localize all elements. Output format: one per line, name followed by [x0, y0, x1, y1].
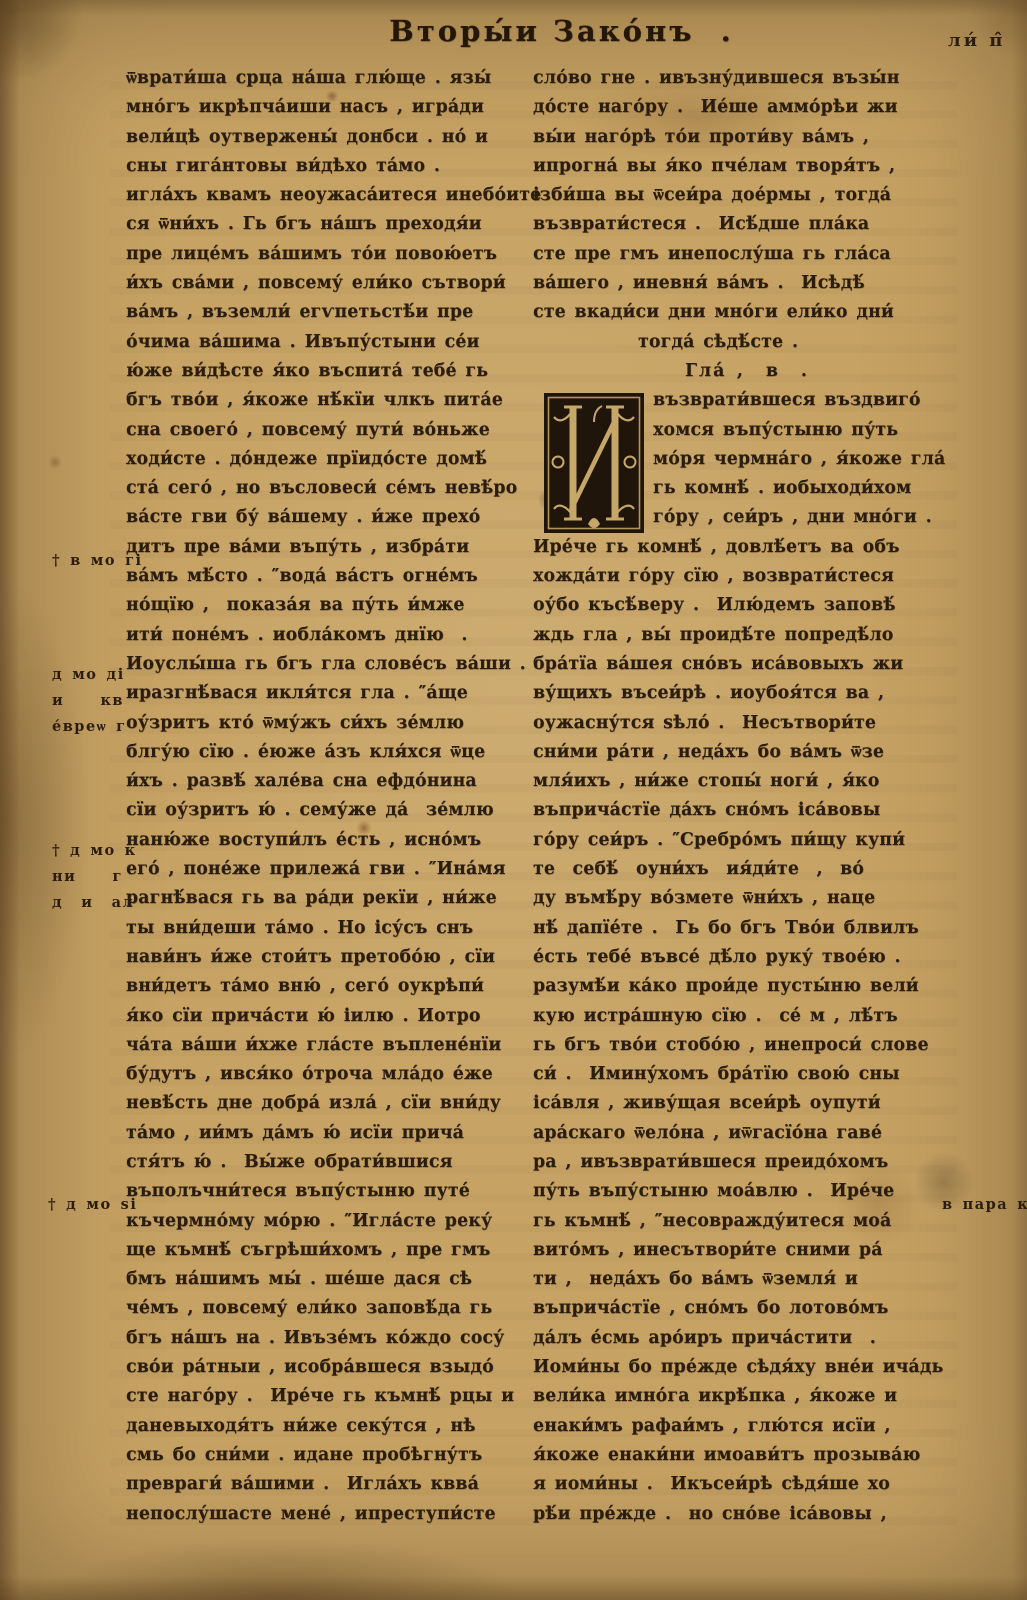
text-line: оужасну́тся ѕѣло́ . Несътвори́те	[533, 709, 941, 738]
text-line: іса́вля , живу́щая всеи́рѣ оупути́	[533, 1089, 941, 1118]
margin-note-line: † д мо к	[52, 838, 137, 864]
text-line: гь къмнѣ́ , ″несовражду́итеся моа́	[533, 1207, 941, 1236]
text-line: пре лице́мъ ва́шимъ то́и повою́етъ	[126, 240, 524, 269]
right-column-top: сло́во гне . ивъзну́дившеся възы́ндо́сте…	[533, 64, 941, 328]
text-line: ара́скаго ѿело́на , иѿгасїо́на гаве́	[533, 1119, 941, 1148]
text-line: невѣ́сть дне добра́ изла́ , сїи вни́ду	[126, 1089, 524, 1118]
text-line: нѣ́ дапїе́те . Гь бо бгъ Тво́и блвилъ	[533, 914, 941, 943]
text-line: оу́зритъ кто́ ѿму́жъ си́хъ зе́млю	[126, 709, 524, 738]
text-line: мно́гъ икрѣпча́иши насъ , игра́ди	[126, 93, 524, 122]
text-line: оу́бо късѣ́веру . Илю́демъ заповѣ́	[533, 591, 941, 620]
text-line: сны гига́нтовы ви́дѣхо та́мо .	[126, 152, 524, 181]
text-line: гь бгъ тво́и стобо́ю , инепроси́ слове	[533, 1031, 941, 1060]
text-line: ра , ивъзврати́вшеся преидо́хомъ	[533, 1148, 941, 1177]
text-line: е́сть тебе́ въвсе́ дѣ́ло руку́ твое́ю .	[533, 943, 941, 972]
margin-note-line: д и ал	[52, 890, 137, 916]
text-line: блгу́ю сїю . е́юже а́зъ кля́хся ѿце	[126, 738, 524, 767]
text-line: мля́ихъ , ни́же стопы́ ноги́ , я́ко	[533, 767, 941, 796]
text-line: нави́нъ и́же стои́тъ претобо́ю , сїи	[126, 943, 524, 972]
text-line: ти , неда́хъ бо ва́мъ ѿземля́ и	[533, 1265, 941, 1294]
text-line: ждь гла , вы́ проидѣ́те попредѣ́ло	[533, 621, 941, 650]
text-line: ва́сте гви бу́ ва́шему . и́же прехо́	[126, 503, 524, 532]
text-line: и́хъ . развѣ́ хале́ва сна ефдо́нина	[126, 767, 524, 796]
folio-number: ли́ п̂	[948, 30, 1005, 51]
text-line: го́ру сеи́ръ . ″Сребро́мъ пи́щу купи́	[533, 826, 941, 855]
text-line: сло́во гне . ивъзну́дившеся възы́н	[533, 64, 941, 93]
text-line: рагнѣ́вася гь ва ра́ди рекїи , ни́же	[126, 884, 524, 913]
text-line: те себѣ́ оуни́хъ ия́ди́те , во́	[533, 855, 941, 884]
text-line: хожда́ти го́ру сїю , возврати́стеся	[533, 562, 941, 591]
text-line: вели́цѣ оутвержены́ донбси . но́ и	[126, 123, 524, 152]
text-line: даневыходя́тъ ни́же секу́тся , нѣ	[126, 1412, 524, 1441]
text-line: ву́щихъ въсеи́рѣ . иоубоя́тся ва ,	[533, 679, 941, 708]
text-line: бгъ на́шъ на . Ивъзе́мъ ко́ждо сосу́	[126, 1324, 524, 1353]
text-line: ся ѿни́хъ . Гь бгъ на́шъ преходя́и	[126, 210, 524, 239]
text-line: да́лъ е́смь аро́иръ прича́стити .	[533, 1324, 941, 1353]
text-line: ва́шего , иневня́ ва́мъ . Исѣдѣ́	[533, 269, 941, 298]
text-line: Иоми́ны бо пре́жде сѣдя́ху вне́и ича́дь	[533, 1353, 941, 1382]
margin-note-line: † в мо гі	[52, 548, 142, 574]
text-line: енаки́мъ рафаи́мъ , глю́тся исїи ,	[533, 1412, 941, 1441]
text-line: наню́же воступи́лъ е́сть , исно́мъ	[126, 826, 524, 855]
text-line: ю́же ви́дѣсте я́ко въспита́ тебе́ гь	[126, 357, 524, 386]
text-line: вни́детъ та́мо вню́ , сего́ оукрѣпи́	[126, 972, 524, 1001]
text-line: и́хъ сва́ми , повсему́ ели́ко сътвори́	[126, 269, 524, 298]
book-page: Вторы́и Зако́нъ . ли́ п̂ ѿврати́ша срца …	[0, 0, 1027, 1600]
text-line: бра́тїа ва́шея сно́въ иса́вовыхъ жи	[533, 650, 941, 679]
text-line: бгъ тво́и , я́коже нѣ́кїи члкъ пита́е	[126, 386, 524, 415]
margin-note-line: д мо ді	[52, 662, 127, 688]
text-line: въприча́стїе да́хъ сно́мъ іса́вовы	[533, 796, 941, 825]
text-line: ва́мъ , въземли́ егѵпетьстѣ́и пре	[126, 298, 524, 327]
text-line: вели́ка имно́га икрѣ́пка , я́коже и	[533, 1382, 941, 1411]
text-line: ча́та ва́ши и́хже гла́сте въплене́нїи	[126, 1031, 524, 1060]
text-line: о́чима ва́шима . Ивъпу́стыни се́и	[126, 328, 524, 357]
text-line: дитъ пре ва́ми въпу́ть , избра́ти	[126, 533, 524, 562]
left-text-column: ѿврати́ша срца на́ша глю́ще . язы́мно́гъ…	[126, 64, 524, 1529]
text-line: разумѣ́и ка́ко прои́де пусты́ню вели́	[533, 972, 941, 1001]
ornate-initial-woodcut: И	[543, 392, 645, 534]
text-line: си́ . Имину́хомъ бра́тїю свою́ сны	[533, 1060, 941, 1089]
text-line: я иоми́ны . Икъсеи́рѣ сѣдя́ше хо	[533, 1470, 941, 1499]
text-line: я́ко сїи прича́сти ю́ іилю . Иотро	[126, 1002, 524, 1031]
text-line: но́щїю , показа́я ва пу́ть и́мже	[126, 591, 524, 620]
text-line: я́коже енаки́ни имоави́тъ прозыва́ю	[533, 1441, 941, 1470]
text-line: иразгнѣ́вася икля́тся гла . ″а́ще	[126, 679, 524, 708]
text-line: рѣ́и пре́жде . но сно́ве іса́вовы ,	[533, 1500, 941, 1529]
chapter-heading: Гла́ , в .	[533, 357, 941, 386]
text-line: ста́ сего́ , но въсловеси́ се́мъ невѣ́ро	[126, 474, 524, 503]
text-line: ду въмѣ́ру во́змете ѿни́хъ , наце	[533, 884, 941, 913]
margin-note-group: † д мо ѕі	[48, 1192, 137, 1218]
right-text-column: сло́во гне . ивъзну́дившеся възы́ндо́сте…	[533, 64, 941, 1529]
text-line: въполъчни́теся въпу́стыню путе́	[126, 1177, 524, 1206]
text-line: тогда́ сѣдѣ́сте .	[533, 328, 941, 357]
text-line: пу́ть въпу́стыню моа́влю . Ире́че	[533, 1177, 941, 1206]
text-line: ходи́сте . до́ндеже прїидо́сте домѣ́	[126, 445, 524, 474]
text-line: ити́ поне́мъ . иобла́комъ днїю .	[126, 621, 524, 650]
text-line: възврати́стеся . Исѣ́дше пла́ка	[533, 210, 941, 239]
text-line: Ире́че гь комнѣ́ , довлѣ́етъ ва объ	[533, 533, 941, 562]
text-line: непослу́шасте мене́ , ипреступи́сте	[126, 1500, 524, 1529]
running-title: Вторы́и Зако́нъ .	[48, 14, 1027, 48]
text-line: до́сте наго́ру . Ие́ше аммо́рѣи жи	[533, 93, 941, 122]
text-line: сїи оу́зритъ ю́ . сему́же да́ зе́млю	[126, 796, 524, 825]
woodcut-initial-icon	[543, 392, 645, 534]
text-line: ты вни́деши та́мо . Но ісу́съ снъ	[126, 914, 524, 943]
margin-note-line: в пара к	[942, 1192, 1027, 1218]
margin-note-group: † д мо кни гд и ал	[52, 838, 137, 916]
text-line: ще къмнѣ́ съгрѣши́хомъ , пре гмъ	[126, 1236, 524, 1265]
text-line: игла́хъ квамъ неоужаса́итеся инебо́ите	[126, 181, 524, 210]
text-line: та́мо , ии́мъ да́мъ ю́ исїи прича́	[126, 1119, 524, 1148]
text-line: къчермно́му мо́рю . ″Игла́сте реку́	[126, 1207, 524, 1236]
text-line: кую истра́шную сїю . се́ м , лѣ́тъ	[533, 1002, 941, 1031]
text-line: его́ , поне́же прилежа́ гви . ″Ина́мя	[126, 855, 524, 884]
text-line: че́мъ , повсему́ ели́ко заповѣ́да гь	[126, 1294, 524, 1323]
text-line: бмъ на́шимъ мы́ . ше́ше дася сѣ	[126, 1265, 524, 1294]
margin-note-line: ни г	[52, 864, 137, 890]
text-line: сте наго́ру . Ире́че гь къмнѣ́ рцы и	[126, 1382, 524, 1411]
text-line: сво́и ра́тныи , исобра́вшеся взыдо́	[126, 1353, 524, 1382]
text-line: ѿврати́ша срца на́ша глю́ще . язы́	[126, 64, 524, 93]
text-line: превраги́ ва́шими . Игла́хъ квва́	[126, 1470, 524, 1499]
text-line: смь бо сни́ми . идане пробѣгну́тъ	[126, 1441, 524, 1470]
margin-note-group: д мо діи кве́вреѡ г	[52, 662, 127, 740]
text-line: Иоуслы́ша гь бгъ гла слове́съ ва́ши .	[126, 650, 524, 679]
text-line: ва́мъ мѣ́сто . ″вода́ ва́стъ огне́мъ	[126, 562, 524, 591]
text-line: сна своего́ , повсему́ пути́ во́ньже	[126, 416, 524, 445]
text-line: сни́ми ра́ти , неда́хъ бо ва́мъ ѿзе	[533, 738, 941, 767]
text-line: ізби́ша вы ѿсеи́ра дое́рмы , тогда́	[533, 181, 941, 210]
text-line: вы́и наго́рѣ то́и проти́ву ва́мъ ,	[533, 123, 941, 152]
text-line: стя́тъ ю́ . Вы́же обрати́вшися	[126, 1148, 524, 1177]
text-line: сте пре гмъ инепослу́ша гь гла́са	[533, 240, 941, 269]
text-line: сте вкади́си дни мно́ги ели́ко дни́	[533, 298, 941, 327]
margin-note-line: е́вреѡ г	[52, 714, 127, 740]
text-line: вито́мъ , инесътвори́те сними ра́	[533, 1236, 941, 1265]
margin-note-group: в пара к	[942, 1192, 1027, 1218]
margin-note-line: † д мо ѕі	[48, 1192, 137, 1218]
margin-note-line: и кв	[52, 688, 127, 714]
right-column-rest: Ире́че гь комнѣ́ , довлѣ́етъ ва объхожда…	[533, 533, 941, 1529]
text-line: ипрогна́ вы я́ко пче́лам творя́тъ ,	[533, 152, 941, 181]
text-line: въприча́стїе , сно́мъ бо лотово́мъ	[533, 1294, 941, 1323]
text-line: бу́дутъ , ився́ко о́троча мла́до е́же	[126, 1060, 524, 1089]
margin-note-group: † в мо гі	[52, 548, 142, 574]
